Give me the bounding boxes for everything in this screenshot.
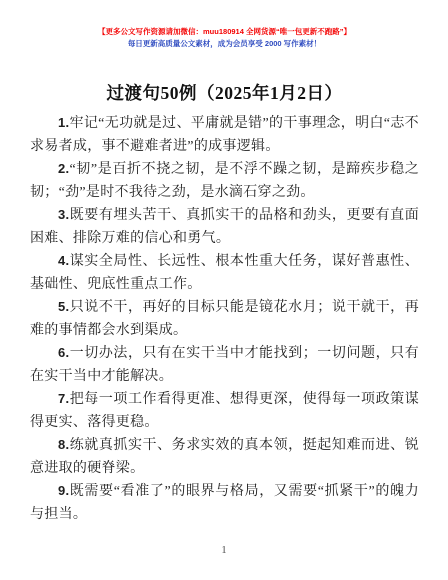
body-paragraph: 4.谋实全局性、长远性、根本性重大任务，谋好普惠性、基础性、兜底性重点工作。 (30, 250, 419, 296)
body-paragraph: 6.一切办法，只有在实干当中才能找到；一切问题，只有在实干当中才能解决。 (30, 342, 419, 388)
promo-line-2: 每日更新高质量公文素材，成为会员享受 2000 写作素材！ (30, 38, 419, 50)
item-number: 1. (58, 115, 69, 130)
item-text: 既需要“看准了”的眼界与格局，又需要“抓紧干”的魄力与担当。 (30, 484, 419, 522)
item-number: 6. (58, 345, 69, 360)
body-paragraph: 2.“韧”是百折不挠之韧，是不浮不躁之韧，是蹄疾步稳之韧；“劲”是时不我待之劲，… (30, 158, 419, 204)
item-text: 练就真抓实干、务求实效的真本领，挺起知难而进、锐意进取的硬脊梁。 (30, 438, 419, 476)
item-text: 牢记“无功就是过、平庸就是错”的干事理念，明白“志不求易者成，事不避难者进”的成… (30, 116, 419, 154)
item-text: 一切办法，只有在实干当中才能找到；一切问题，只有在实干当中才能解决。 (30, 346, 419, 384)
item-text: 谋实全局性、长远性、根本性重大任务，谋好普惠性、基础性、兜底性重点工作。 (30, 254, 419, 292)
page-title: 过渡句50例（2025年1月2日） (30, 81, 419, 105)
item-text: 只说不干，再好的目标只能是镜花水月；说干就干，再难的事情都会水到渠成。 (30, 300, 419, 338)
body-paragraph: 8.练就真抓实干、务求实效的真本领，挺起知难而进、锐意进取的硬脊梁。 (30, 434, 419, 480)
promo-line-1: 【更多公文写作资源请加微信：muu180914 全网货源“唯一包更新不跑路”】 (30, 26, 419, 38)
body-paragraph: 7.把每一项工作看得更准、想得更深，使得每一项政策谋得更实、落得更稳。 (30, 388, 419, 434)
body-paragraph: 5.只说不干，再好的目标只能是镜花水月；说干就干，再难的事情都会水到渠成。 (30, 296, 419, 342)
item-text: 把每一项工作看得更准、想得更深，使得每一项政策谋得更实、落得更稳。 (30, 392, 419, 430)
item-number: 9. (58, 483, 69, 498)
item-text: “韧”是百折不挠之韧，是不浮不躁之韧，是蹄疾步稳之韧；“劲”是时不我待之劲，是水… (30, 162, 419, 200)
page-number: 1 (0, 545, 448, 556)
item-number: 2. (58, 161, 69, 176)
item-number: 5. (58, 299, 69, 314)
body-paragraph: 1.牢记“无功就是过、平庸就是错”的干事理念，明白“志不求易者成，事不避难者进”… (30, 112, 419, 158)
body-paragraph: 9.既需要“看准了”的眼界与格局，又需要“抓紧干”的魄力与担当。 (30, 480, 419, 526)
item-number: 8. (58, 437, 69, 452)
document-page: 【更多公文写作资源请加微信：muu180914 全网货源“唯一包更新不跑路”】 … (0, 0, 448, 580)
promo-header: 【更多公文写作资源请加微信：muu180914 全网货源“唯一包更新不跑路”】 … (30, 26, 419, 50)
item-text: 既要有埋头苦干、真抓实干的品格和劲头，更要有直面困难、排除万难的信心和勇气。 (30, 208, 419, 246)
body-paragraph: 3.既要有埋头苦干、真抓实干的品格和劲头，更要有直面困难、排除万难的信心和勇气。 (30, 204, 419, 250)
item-number: 4. (58, 253, 69, 268)
item-number: 3. (58, 207, 69, 222)
document-body: 1.牢记“无功就是过、平庸就是错”的干事理念，明白“志不求易者成，事不避难者进”… (30, 112, 419, 526)
item-number: 7. (58, 391, 69, 406)
